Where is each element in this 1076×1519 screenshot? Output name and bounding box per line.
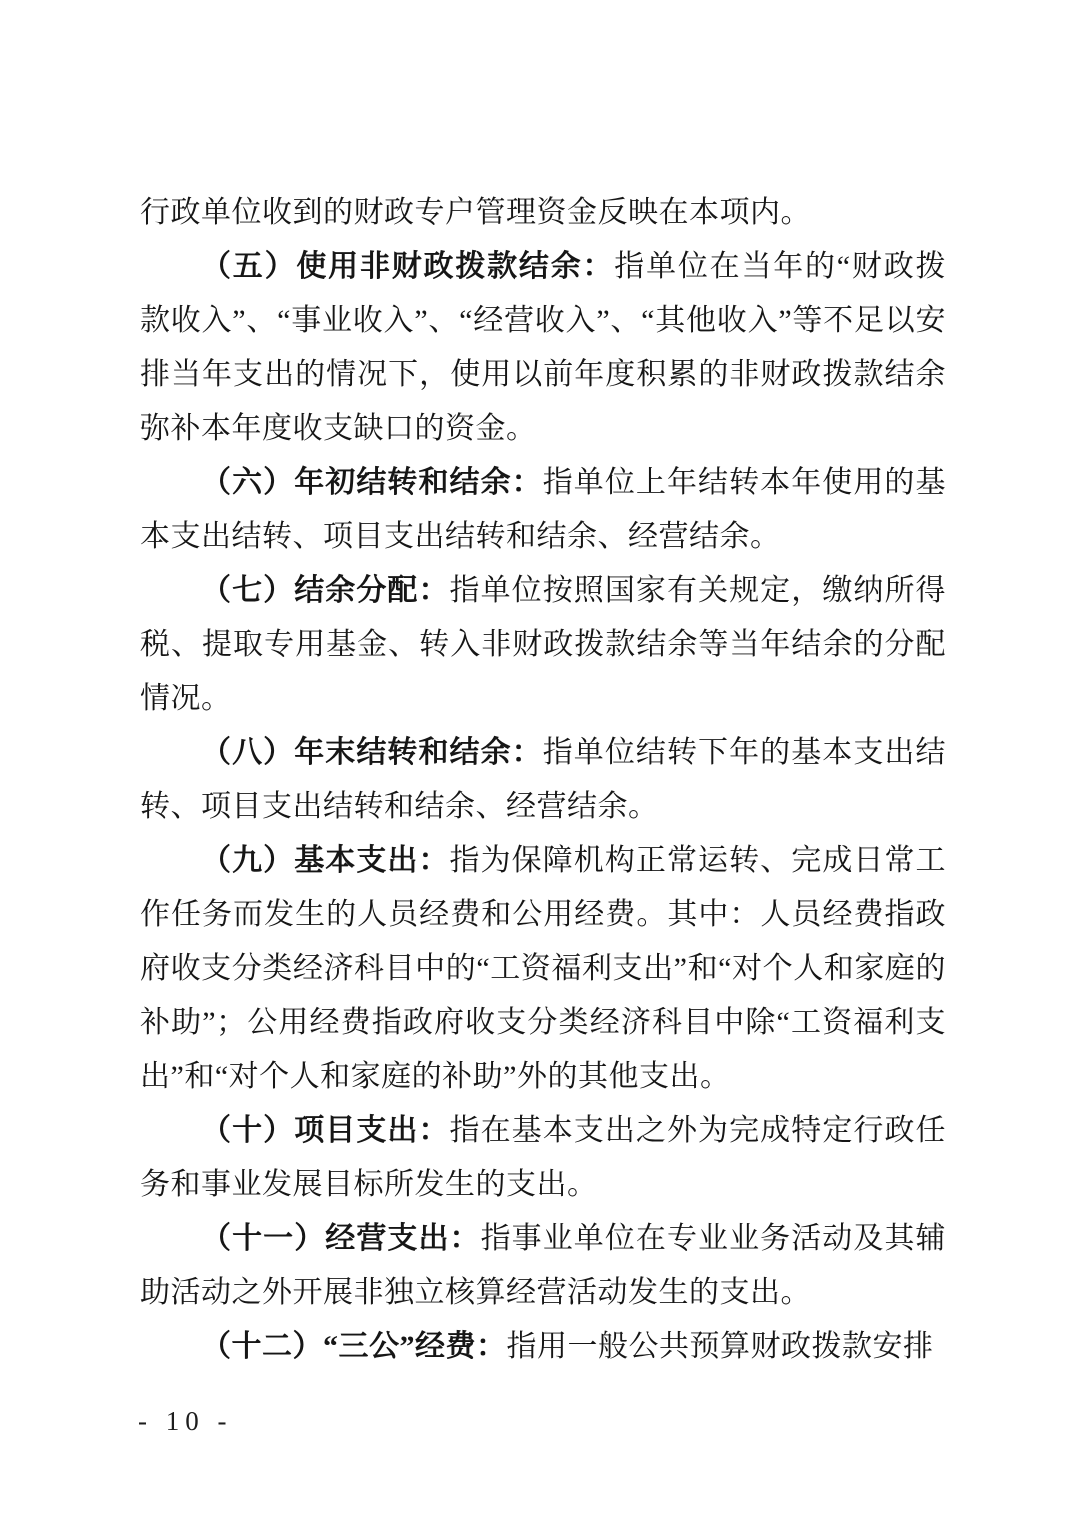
document-body: 行政单位收到的财政专户管理资金反映在本项内。（五）使用非财政拨款结余：指单位在当…	[140, 186, 946, 1374]
paragraph-label: （十一）经营支出：	[201, 1222, 481, 1255]
paragraph-label: （十二）“三公”经费：	[201, 1330, 507, 1363]
paragraph: （五）使用非财政拨款结余：指单位在当年的“财政拨款收入”、“事业收入”、“经营收…	[140, 240, 946, 456]
paragraph-text: 指为保障机构正常运转、完成日常工作任务而发生的人员经费和公用经费。其中：人员经费…	[140, 844, 946, 1093]
paragraph: （六）年初结转和结余：指单位上年结转本年使用的基本支出结转、项目支出结转和结余、…	[140, 456, 946, 564]
paragraph-label: （六）年初结转和结余：	[201, 466, 543, 499]
page-number: - 10 -	[138, 1406, 232, 1437]
paragraph: （十二）“三公”经费：指用一般公共预算财政拨款安排	[140, 1320, 946, 1374]
paragraph: （十一）经营支出：指事业单位在专业业务活动及其辅助活动之外开展非独立核算经营活动…	[140, 1212, 946, 1320]
paragraph-label: （七）结余分配：	[201, 574, 450, 607]
paragraph-label: （八）年末结转和结余：	[201, 736, 543, 769]
paragraph-text: 指用一般公共预算财政拨款安排	[507, 1330, 934, 1363]
paragraph-label: （五）使用非财政拨款结余：	[201, 250, 614, 283]
paragraph-text: 行政单位收到的财政专户管理资金反映在本项内。	[140, 196, 811, 229]
paragraph: （七）结余分配：指单位按照国家有关规定，缴纳所得税、提取专用基金、转入非财政拨款…	[140, 564, 946, 726]
document-page: 行政单位收到的财政专户管理资金反映在本项内。（五）使用非财政拨款结余：指单位在当…	[0, 0, 1076, 1519]
paragraph: （九）基本支出：指为保障机构正常运转、完成日常工作任务而发生的人员经费和公用经费…	[140, 834, 946, 1104]
paragraph: 行政单位收到的财政专户管理资金反映在本项内。	[140, 186, 946, 240]
paragraph-label: （十）项目支出：	[201, 1114, 450, 1147]
paragraph-label: （九）基本支出：	[201, 844, 450, 877]
paragraph: （八）年末结转和结余：指单位结转下年的基本支出结转、项目支出结转和结余、经营结余…	[140, 726, 946, 834]
paragraph: （十）项目支出：指在基本支出之外为完成特定行政任务和事业发展目标所发生的支出。	[140, 1104, 946, 1212]
